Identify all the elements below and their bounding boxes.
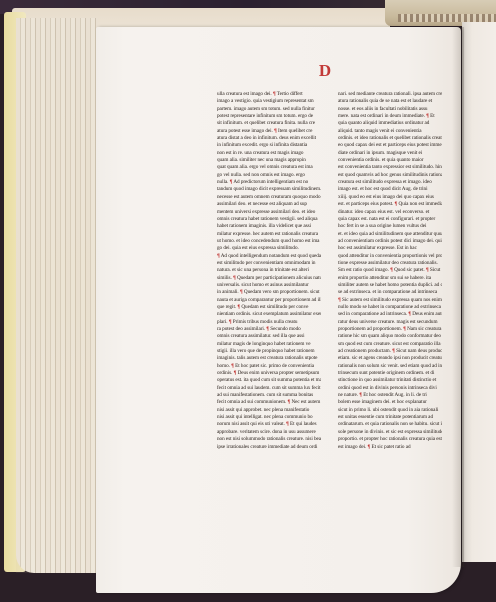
text-line: hoc est assimilatur expresse. Est in hac	[338, 245, 442, 252]
paragraph-mark: ¶	[390, 267, 393, 273]
text-line: nauta et auriga comparantur per proporti…	[217, 297, 321, 304]
text-line: quod attenditur in convenientia proporti…	[338, 253, 442, 260]
text-line: tandum quod imago dicit expressam simili…	[217, 186, 321, 193]
text-line: operatus est. ita quod cum sit summa pot…	[217, 377, 321, 384]
text-line: aliquid. tanto magis venit ei convenient…	[338, 128, 442, 135]
text-line: est quod quamvis ad hoc genus similitudi…	[338, 172, 442, 179]
text-line: est convenientia tanto expressior est si…	[338, 164, 442, 171]
text-line: eo quod capax dei est et particeps eius …	[338, 142, 442, 149]
text-line: proportio. et propter hoc rationalis cre…	[338, 436, 442, 443]
text-line: imaginis. talis autem est creatura ratio…	[217, 355, 321, 362]
text-line: Sm est ratio quod imago. ¶ Quod sic pate…	[338, 267, 442, 274]
text-line: sicut in primo li. ubi ostendit quod in …	[338, 407, 442, 414]
text-line: sit infinitum. et quelibet creatura fini…	[217, 120, 321, 127]
text-line: in infinitum excedit. ergo si infinita d…	[217, 142, 321, 149]
text-line: nisi assit qui intelligat. nec plena com…	[217, 414, 321, 421]
text-line: ratur deus universe creature. magis est …	[338, 319, 442, 326]
text-line: stigii. illa vero que de propinquo habet…	[217, 348, 321, 355]
text-line: enim proportio attenditur sm sui se habe…	[338, 275, 442, 282]
paragraph-mark: ¶	[230, 179, 233, 185]
text-line: est similitudo per convenientiam omnimod…	[217, 260, 321, 267]
text-line: norum nisi assit qui eis uti valeat. ¶ E…	[217, 421, 321, 428]
text-line: approbare. veritatem scire. dona in usu …	[217, 429, 321, 436]
text-line: est imago dei. ¶ Et sic patet ratio ad	[338, 444, 442, 451]
text-line: quia quanto aliquid immediatius ordinatu…	[338, 120, 442, 127]
text-line: non est in re. una creatura est magis im…	[217, 150, 321, 157]
stacked-page-edges	[16, 18, 98, 573]
text-line: diate ordinari in ipsum. magisque venit …	[338, 150, 442, 157]
text-line: est. et particeps eius potest. ¶ Quia no…	[338, 201, 442, 208]
paragraph-mark: ¶	[266, 326, 269, 332]
text-line: imago est. et hoc est quod dicit Aug. de…	[338, 186, 442, 193]
text-line: fecit omnia ad sui laudem. cum sit summa…	[217, 385, 321, 392]
text-line: bolem esse imaginem dei. et hoc explanat…	[338, 399, 442, 406]
paragraph-mark: ¶	[231, 363, 234, 369]
paragraph-mark: ¶	[217, 253, 220, 259]
text-line: mere. nata est ordinari in deum immediat…	[338, 113, 442, 120]
text-line: quam alia. similiter nec una magis appro…	[217, 157, 321, 164]
text-line: etiam. sic et agens creando ipsi non pro…	[338, 355, 442, 362]
text-line: nullo modo se habet in comparatione ad e…	[338, 304, 442, 311]
text-line: milatur expresse. hec autem est rational…	[217, 231, 321, 238]
paragraph-mark: ¶	[287, 399, 290, 405]
text-line: ulla creatura est imago dei. ¶ Tertio di…	[217, 91, 321, 98]
text-line: rationalis non solum sic venit. sed etia…	[338, 363, 442, 370]
text-line: trinsecum sunt potentie originem ordinem…	[338, 370, 442, 377]
text-line: universalis. sicut homo et asinus assimi…	[217, 282, 321, 289]
paragraph-mark: ¶	[426, 113, 429, 119]
paragraph-mark: ¶	[229, 319, 232, 325]
text-line: ad creationem productam. ¶ Sicut nam deu…	[338, 348, 442, 355]
text-line: ¶ Ad quod intelligendum notandum est quo…	[217, 253, 321, 260]
text-line: ordinatarum. et quia rationalis non se h…	[338, 421, 442, 428]
text-line: partem. imago autem sm totum. sed nulla …	[217, 106, 321, 113]
text-line: go dei. quia est eius expressa similitud…	[217, 245, 321, 252]
text-line: ne nature. ¶ Et hoc ostendit Aug. in li.…	[338, 392, 442, 399]
text-line: hoc fert in se a sua origine lumen vultu…	[338, 223, 442, 230]
facing-page	[462, 22, 496, 562]
text-line: atura potest esse imago dei. ¶ Item quel…	[217, 128, 321, 135]
text-line: natura. et sic una persona in trinitate …	[217, 267, 321, 274]
text-line: nisi assit qui approbet. nec plena manif…	[217, 407, 321, 414]
text-column-left: ulla creatura est imago dei. ¶ Tertio di…	[217, 91, 321, 451]
text-line: assimilari deo. et necesse est aliquam a…	[217, 201, 321, 208]
paragraph-mark: ¶	[273, 91, 276, 97]
text-line: omnis creatura habet rationem vestigii. …	[217, 216, 321, 223]
paragraph-mark: ¶	[395, 201, 398, 207]
gutter-shadow	[452, 27, 464, 567]
text-line: stinctione in quo assimilatur trinitati …	[338, 377, 442, 384]
paragraph-mark: ¶	[368, 444, 371, 450]
paragraph-mark: ¶	[426, 267, 429, 273]
text-line: plari. ¶ Primis tribus modis nulla creat…	[217, 319, 321, 326]
binding-braid-decoration	[398, 14, 496, 22]
text-line: dinatur. ideo capax eius est. vel econve…	[338, 209, 442, 216]
paragraph-mark: ¶	[237, 304, 240, 310]
text-line: ordinis. ¶ Deus enim universa propter se…	[217, 370, 321, 377]
text-line: xiiij. quod eo est eius imago dei quo ca…	[338, 194, 442, 201]
folio-letter-mark: D	[316, 61, 334, 81]
text-line: ipse irrationales creature immediate ad …	[217, 444, 321, 451]
text-line: sole persone in divinis. et sic est expr…	[338, 429, 442, 436]
text-line: potest representare infinitum sm totum. …	[217, 113, 321, 120]
text-line: imago a vestigio. quia vestigium represe…	[217, 98, 321, 105]
text-line: ad sui manifestationem. cum sit summa bo…	[217, 392, 321, 399]
paragraph-mark: ¶	[408, 311, 411, 317]
text-line: in animali. ¶ Quedam vero sm proportione…	[217, 289, 321, 296]
text-line: ratione hic sm quam aliquo modo conforma…	[338, 333, 442, 340]
paragraph-mark: ¶	[338, 297, 341, 303]
text-line: ordinis. et ideo rationalis et quelibet …	[338, 135, 442, 142]
paragraph-mark: ¶	[403, 326, 406, 332]
text-line: nari. sed mediante creatura rationali. i…	[338, 91, 442, 98]
text-line: necesse est autem omnem creaturam quoquo…	[217, 194, 321, 201]
text-line: creatura est similitudo expressa et imag…	[338, 179, 442, 186]
text-line: nientiam ordinis. sicut exemplatum assim…	[217, 311, 321, 318]
text-line: similiter autem se habet homo potentia d…	[338, 282, 442, 289]
text-line: tione expresse assimilatur deo creatura …	[338, 260, 442, 267]
text-line: mentem universi expresse assimilari deo.…	[217, 209, 321, 216]
text-line: convenientia ordinis. et quia quanto mai…	[338, 157, 442, 164]
text-line: proportionem ad proportionem. ¶ Nam sic …	[338, 326, 442, 333]
text-line: ut homo. et ideo concedendum quod homo e…	[217, 238, 321, 245]
text-line: sed in comparatione ad intrinseca. ¶ Deu…	[338, 311, 442, 318]
text-line: quia capax est. nata est ei configurari.…	[338, 216, 442, 223]
text-column-right: nari. sed mediante creatura rationali. i…	[338, 91, 442, 451]
paragraph-mark: ¶	[392, 348, 395, 354]
text-line: omnis creatura assimilatur. sed illa que…	[217, 333, 321, 340]
text-line: similis. ¶ Quedam per participationem al…	[217, 275, 321, 282]
paragraph-mark: ¶	[234, 370, 237, 376]
text-line: sm quod est cum creature. sicut est comp…	[338, 341, 442, 348]
text-line: ¶ Sic autem est similitudo expressa quam…	[338, 297, 442, 304]
text-line: que regit. ¶ Quedam est similitudo per c…	[217, 304, 321, 311]
paragraph-mark: ¶	[359, 392, 362, 398]
text-line: homo. ¶ Et hoc patet sic. primo de conve…	[217, 363, 321, 370]
text-line: go vel nulla. sed non omnis est imago. e…	[217, 172, 321, 179]
text-line: ordini quod est in divinis personis intr…	[338, 385, 442, 392]
text-line: est unitas essentie cum trinitate potent…	[338, 414, 442, 421]
text-line: nosse. et eos aliis in facultati nobilit…	[338, 106, 442, 113]
paragraph-mark: ¶	[240, 289, 243, 295]
text-line: et. et ideo quia ad similitudinem que at…	[338, 231, 442, 238]
text-line: quat quam alia. ergo vel omnis creatura …	[217, 164, 321, 171]
text-line: fecit omnia ad sui communionem. ¶ Nec es…	[217, 399, 321, 406]
paragraph-mark: ¶	[274, 128, 277, 134]
text-line: milatur magis de longinquo habet ratione…	[217, 341, 321, 348]
text-line: atura rationalis quia de se nata est et …	[338, 98, 442, 105]
text-line: atura distat a deo in infinitum. deus en…	[217, 135, 321, 142]
text-line: ad convenientiam ordinis potest dici ima…	[338, 238, 442, 245]
text-line: ra potest deo assimilari. ¶ Secundo modo	[217, 326, 321, 333]
paragraph-mark: ¶	[233, 275, 236, 281]
text-line: se ad extrinseca. et in comparatione ad …	[338, 289, 442, 296]
text-line: habet rationem imaginis. illa videlicet …	[217, 223, 321, 230]
text-line: non est nisi solummodo rationalis creatu…	[217, 436, 321, 443]
paragraph-mark: ¶	[286, 421, 289, 427]
text-line: nulla. ¶ Ad predictorum intelligentiam e…	[217, 179, 321, 186]
